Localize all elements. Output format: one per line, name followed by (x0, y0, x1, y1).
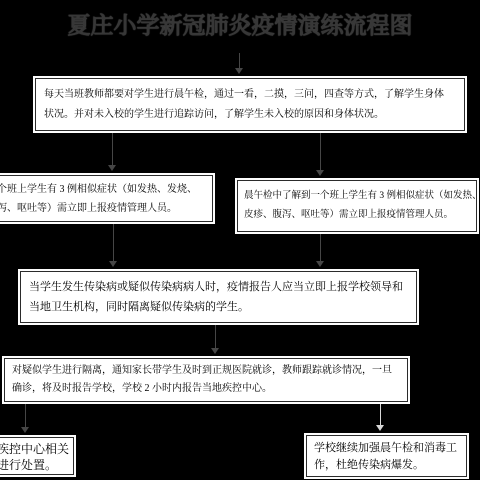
arrowhead-down-icon (316, 170, 324, 176)
step-text-line: 对疑似学生进行隔离，通知家长带学生及时到正规医院就诊，教师跟踪就诊情况，一旦 (12, 362, 400, 380)
step-box-isolate-and-hospital: 对疑似学生进行隔离，通知家长带学生及时到正规医院就诊，教师跟踪就诊情况，一旦 确… (4, 358, 408, 402)
connector-hospital-to-cdc (25, 404, 26, 428)
step-text-line: 学校继续加强晨午检和消毒工 (314, 440, 459, 457)
step-text-line: 晨午检中了解到一个班上学生有 3 例相似症状（如发热、 (244, 187, 470, 206)
step-text-line: 疾控中心相关 (0, 441, 69, 457)
arrowhead-down-icon (108, 165, 116, 171)
arrowhead-down-icon (211, 348, 219, 354)
step-box-daily-morning-check: 每天当班教师都要对学生进行晨午检，通过一看，二摸，三问，四查等方式，了解学生身体… (35, 78, 465, 131)
step-text-line: 确诊，将及时报告学校，学校 2 小时内报告当地疾控中心。 (12, 380, 400, 398)
step-text-line: 当地卫生机构，同时隔离疑似传染病的学生。 (29, 297, 408, 317)
step-box-class-symptoms: 一个班上学生有 3 例相似症状（如发热、发烧、 腹泻、呕吐等）需立即上报疫情管理… (0, 175, 213, 222)
step-box-cdc-handling: 疾控中心相关 进行处置。 (0, 437, 74, 475)
connector-report-to-hospital (215, 325, 216, 349)
connector-class-symptoms-to-report (113, 224, 114, 262)
step-text-line: 当学生发生传染病或疑似传染病病人时，疫情报告人应当立即上报学校领导和 (29, 277, 408, 297)
step-text-line: 一个班上学生有 3 例相似症状（如发热、发烧、 (0, 180, 206, 199)
step-text-line: 状况。并对未入校的学生进行追踪访问，了解学生未入校的原因和身体状况。 (44, 105, 456, 125)
connector-daily-check-to-morning-symptoms (320, 133, 321, 171)
arrowhead-down-icon (376, 425, 384, 431)
arrowhead-down-icon (235, 68, 243, 74)
step-box-morning-check-symptoms: 晨午检中了解到一个班上学生有 3 例相似症状（如发热、 皮疹、腹泻、呕吐等）需立… (237, 180, 477, 232)
connector-daily-check-to-class-symptoms (112, 133, 113, 166)
step-text-line: 每天当班教师都要对学生进行晨午检，通过一看，二摸，三问，四查等方式，了解学生身体 (44, 85, 456, 105)
connector-morning-symptoms-to-report (320, 234, 321, 262)
arrowhead-down-icon (109, 261, 117, 267)
connector-hospital-to-prevention (380, 404, 381, 426)
connector-title-to-daily-check (239, 53, 240, 69)
step-box-infectious-disease-report: 当学生发生传染病或疑似传染病病人时，疫情报告人应当立即上报学校领导和 当地卫生机… (20, 271, 417, 323)
step-text-line: 进行处置。 (0, 457, 69, 473)
arrowhead-down-icon (316, 261, 324, 267)
step-text-line: 皮疹、腹泻、呕吐等）需立即上报疫情管理人员。 (244, 206, 470, 225)
flowchart-canvas: 夏庄小学新冠肺炎疫情演练流程图 每天当班教师都要对学生进行晨午检，通过一看，二摸… (0, 0, 480, 480)
flowchart-title: 夏庄小学新冠肺炎疫情演练流程图 (0, 7, 480, 40)
arrowhead-down-icon (21, 427, 29, 433)
step-text-line: 腹泻、呕吐等）需立即上报疫情管理人员。 (0, 199, 206, 218)
step-text-line: 作，杜绝传染病爆发。 (314, 457, 459, 474)
step-box-continue-disinfection: 学校继续加强晨午检和消毒工 作，杜绝传染病爆发。 (306, 435, 467, 477)
